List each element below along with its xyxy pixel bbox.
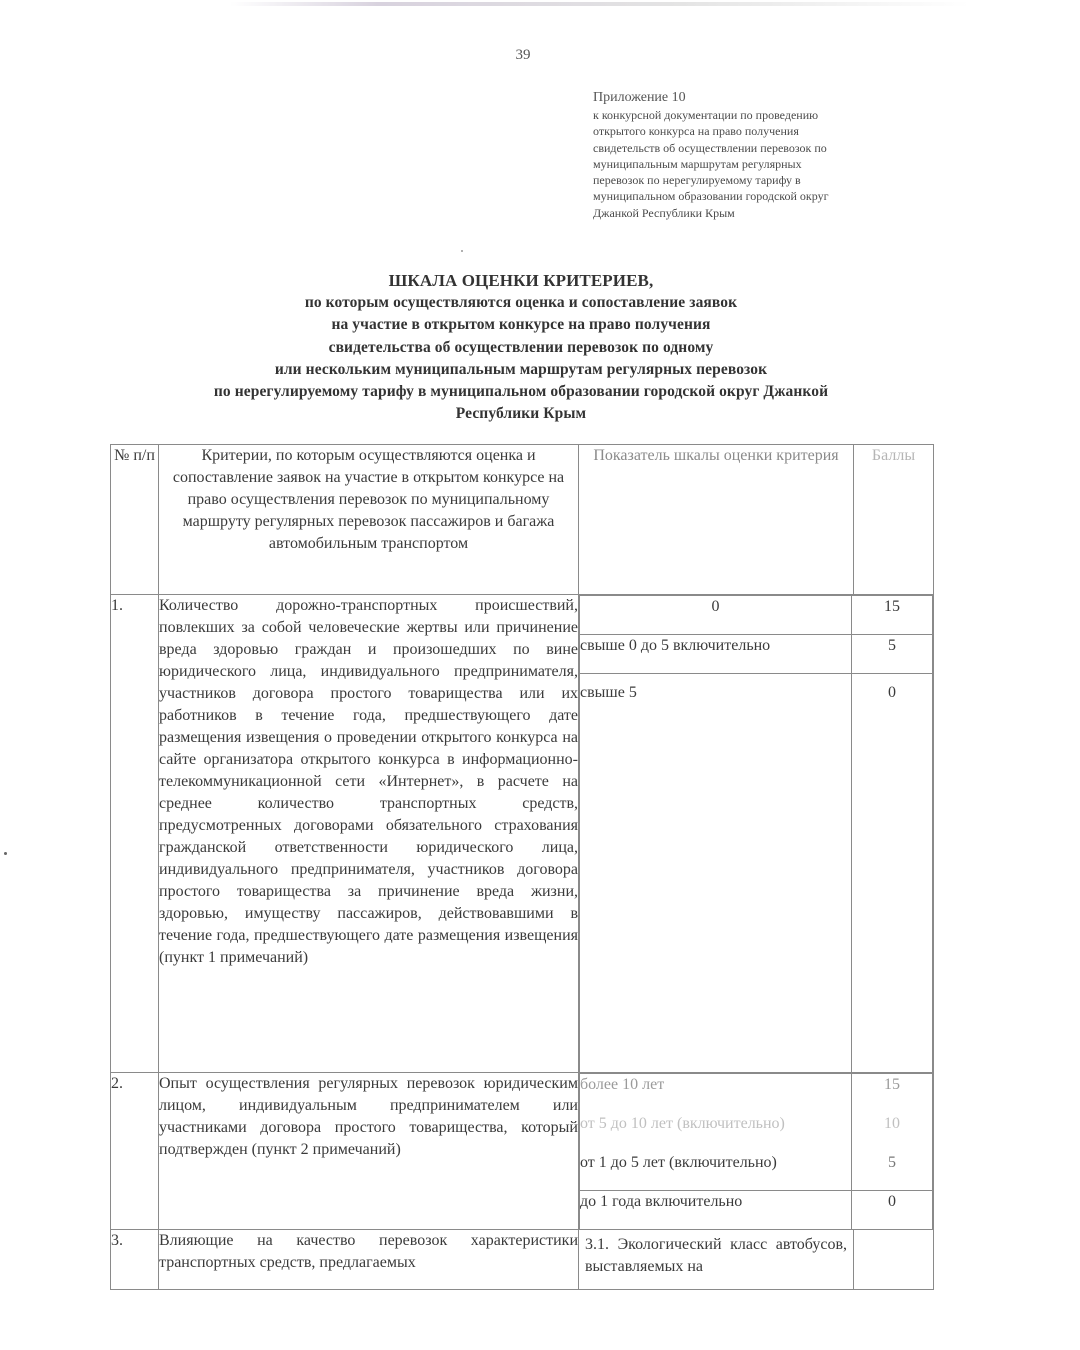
- appendix-line: муниципальным маршрутам регулярных: [593, 156, 893, 172]
- title-line: Республики Крым: [100, 403, 942, 425]
- scan-artifact: [230, 2, 970, 6]
- scale-indicator: свыше 5: [580, 674, 852, 1072]
- scale-points: [854, 1230, 934, 1290]
- title-line: на участие в открытом конкурсе на право …: [100, 314, 942, 336]
- appendix-line: открытого конкурса на право получения: [593, 123, 893, 139]
- scale-row: свыше 0 до 5 включительно 5: [580, 635, 933, 674]
- scale-points: 15: [852, 596, 933, 635]
- appendix-header: Приложение 10 к конкурсной документации …: [593, 89, 893, 221]
- scale-points: 0: [852, 1191, 933, 1230]
- criterion-text: Количество дорожно-транспортных происшес…: [159, 595, 579, 1073]
- header-criterion: Критерии, по которым осуществляются оцен…: [159, 445, 579, 595]
- title-line: по нерегулируемому тарифу в муниципально…: [100, 381, 942, 403]
- scale-row: до 1 года включительно 0: [580, 1191, 933, 1230]
- scale-row: свыше 5 0: [580, 674, 933, 1072]
- appendix-line: свидетельств об осуществлении перевозок …: [593, 140, 893, 156]
- scan-speck: [461, 250, 463, 252]
- criterion-text: Опыт осуществления регулярных перевозок …: [159, 1073, 579, 1230]
- table-header-row: № п/п Критерии, по которым осуществляютс…: [111, 445, 934, 595]
- appendix-line: Джанкой Республики Крым: [593, 205, 893, 221]
- row-number: 1.: [111, 595, 159, 1073]
- appendix-title: Приложение 10: [593, 89, 893, 107]
- scale-indicator: до 1 года включительно: [580, 1191, 852, 1230]
- appendix-line: к конкурсной документации по проведению: [593, 107, 893, 123]
- criterion-text: Влияющие на качество перевозок характери…: [159, 1230, 579, 1290]
- scan-speck: [4, 852, 7, 855]
- appendix-line: муниципальном образовании городской окру…: [593, 188, 893, 204]
- scale-table: более 10 лет 15 от 5 до 10 лет (включите…: [579, 1073, 933, 1229]
- scale-indicator: более 10 лет: [580, 1074, 852, 1113]
- scale-row: от 5 до 10 лет (включительно) 10: [580, 1113, 933, 1152]
- criteria-table: № п/п Критерии, по которым осуществляютс…: [110, 444, 934, 1290]
- title-line: по которым осуществляются оценка и сопос…: [100, 292, 942, 314]
- scale-cell: более 10 лет 15 от 5 до 10 лет (включите…: [579, 1073, 934, 1230]
- scale-row: более 10 лет 15: [580, 1074, 933, 1113]
- scale-points: 10: [852, 1113, 933, 1152]
- scale-indicator: от 5 до 10 лет (включительно): [580, 1113, 852, 1152]
- scale-table: 0 15 свыше 0 до 5 включительно 5 свыше 5…: [579, 595, 933, 1072]
- table-row: 2. Опыт осуществления регулярных перевоз…: [111, 1073, 934, 1230]
- table-row: 1. Количество дорожно-транспортных проис…: [111, 595, 934, 1073]
- scale-row: от 1 до 5 лет (включительно) 5: [580, 1152, 933, 1191]
- scale-points: 5: [852, 635, 933, 674]
- scale-indicator: от 1 до 5 лет (включительно): [580, 1152, 852, 1191]
- page-number: 39: [0, 47, 1046, 64]
- title-line: или нескольким муниципальным маршрутам р…: [100, 359, 942, 381]
- document-title: ШКАЛА ОЦЕНКИ КРИТЕРИЕВ, по которым осуще…: [100, 270, 942, 425]
- main-title: ШКАЛА ОЦЕНКИ КРИТЕРИЕВ,: [100, 270, 942, 292]
- row-number: 3.: [111, 1230, 159, 1290]
- scale-points: 0: [852, 674, 933, 1072]
- scale-indicator: свыше 0 до 5 включительно: [580, 635, 852, 674]
- appendix-line: перевозок по нерегулируемому тарифу в: [593, 172, 893, 188]
- scale-points: 15: [852, 1074, 933, 1113]
- scale-cell: 0 15 свыше 0 до 5 включительно 5 свыше 5…: [579, 595, 934, 1073]
- table-row: 3. Влияющие на качество перевозок характ…: [111, 1230, 934, 1290]
- scale-points: 5: [852, 1152, 933, 1191]
- header-indicator: Показатель шкалы оценки критерия: [579, 445, 854, 595]
- scale-indicator: 3.1. Экологический класс автобусов, выст…: [579, 1230, 854, 1290]
- header-num: № п/п: [111, 445, 159, 595]
- title-line: свидетельства об осуществлении перевозок…: [100, 337, 942, 359]
- scale-indicator: 0: [580, 596, 852, 635]
- scale-row: 0 15: [580, 596, 933, 635]
- row-number: 2.: [111, 1073, 159, 1230]
- header-points: Баллы: [854, 445, 934, 595]
